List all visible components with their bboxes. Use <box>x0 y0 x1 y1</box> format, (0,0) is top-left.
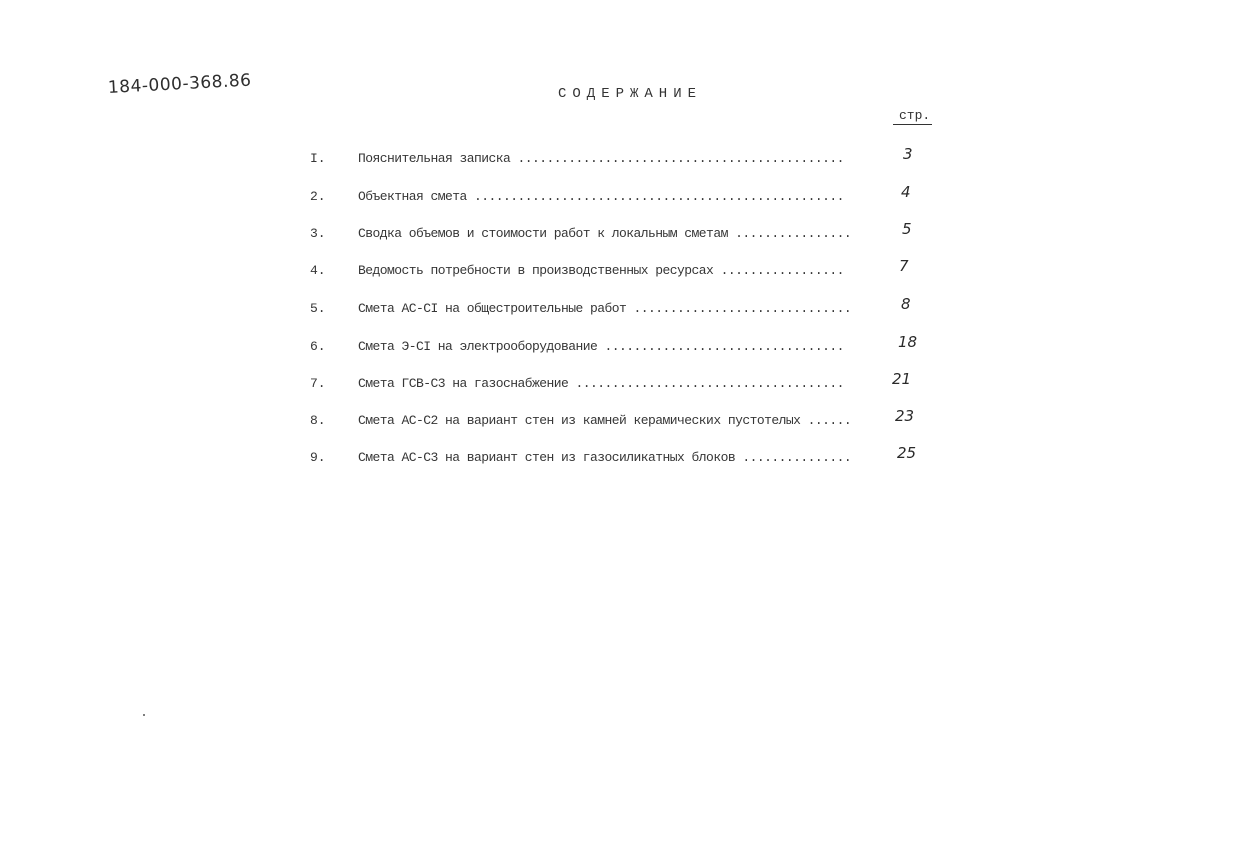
toc-item-title: Смета ГСВ-С3 на газоснабжение ..........… <box>358 376 844 391</box>
toc-item-number: 2. <box>310 189 326 204</box>
toc-item-page: 3 <box>903 145 913 163</box>
document-number: 184-000-368.86 <box>107 70 252 97</box>
toc-item-title: Сводка объемов и стоимости работ к локал… <box>358 226 851 241</box>
toc-item-number: 8. <box>310 413 326 428</box>
toc-item-number: 4. <box>310 263 326 278</box>
toc-item-title: Объектная смета ........................… <box>358 189 844 204</box>
toc-item-page: 23 <box>895 407 914 425</box>
toc-item-page: 21 <box>892 370 911 388</box>
toc-item-page: 18 <box>898 333 917 351</box>
toc-item-title: Ведомость потребности в производственных… <box>358 263 844 278</box>
toc-item-number: I. <box>310 151 326 166</box>
toc-item-page: 7 <box>899 257 909 275</box>
toc-item-title: Смета Э-СI на электрооборудование ......… <box>358 339 844 354</box>
toc-item-number: 3. <box>310 226 326 241</box>
toc-item-number: 7. <box>310 376 326 391</box>
toc-item-page: 25 <box>897 444 916 462</box>
toc-item-number: 5. <box>310 301 326 316</box>
toc-item-title: Смета АС-С3 на вариант стен из газосилик… <box>358 450 851 465</box>
scan-speck <box>143 714 145 716</box>
toc-item-title: Смета АС-С2 на вариант стен из камней ке… <box>358 413 851 428</box>
toc-item-page: 5 <box>902 220 912 238</box>
toc-item-page: 4 <box>901 183 911 201</box>
toc-item-page: 8 <box>901 295 911 313</box>
page-column-label: стр. <box>893 108 932 125</box>
toc-item-title: Смета АС-СI на общестроительные работ ..… <box>358 301 851 316</box>
toc-item-title: Пояснительная записка ..................… <box>358 151 844 166</box>
toc-item-number: 9. <box>310 450 326 465</box>
toc-item-number: 6. <box>310 339 326 354</box>
page-title: СОДЕРЖАНИЕ <box>558 86 702 102</box>
